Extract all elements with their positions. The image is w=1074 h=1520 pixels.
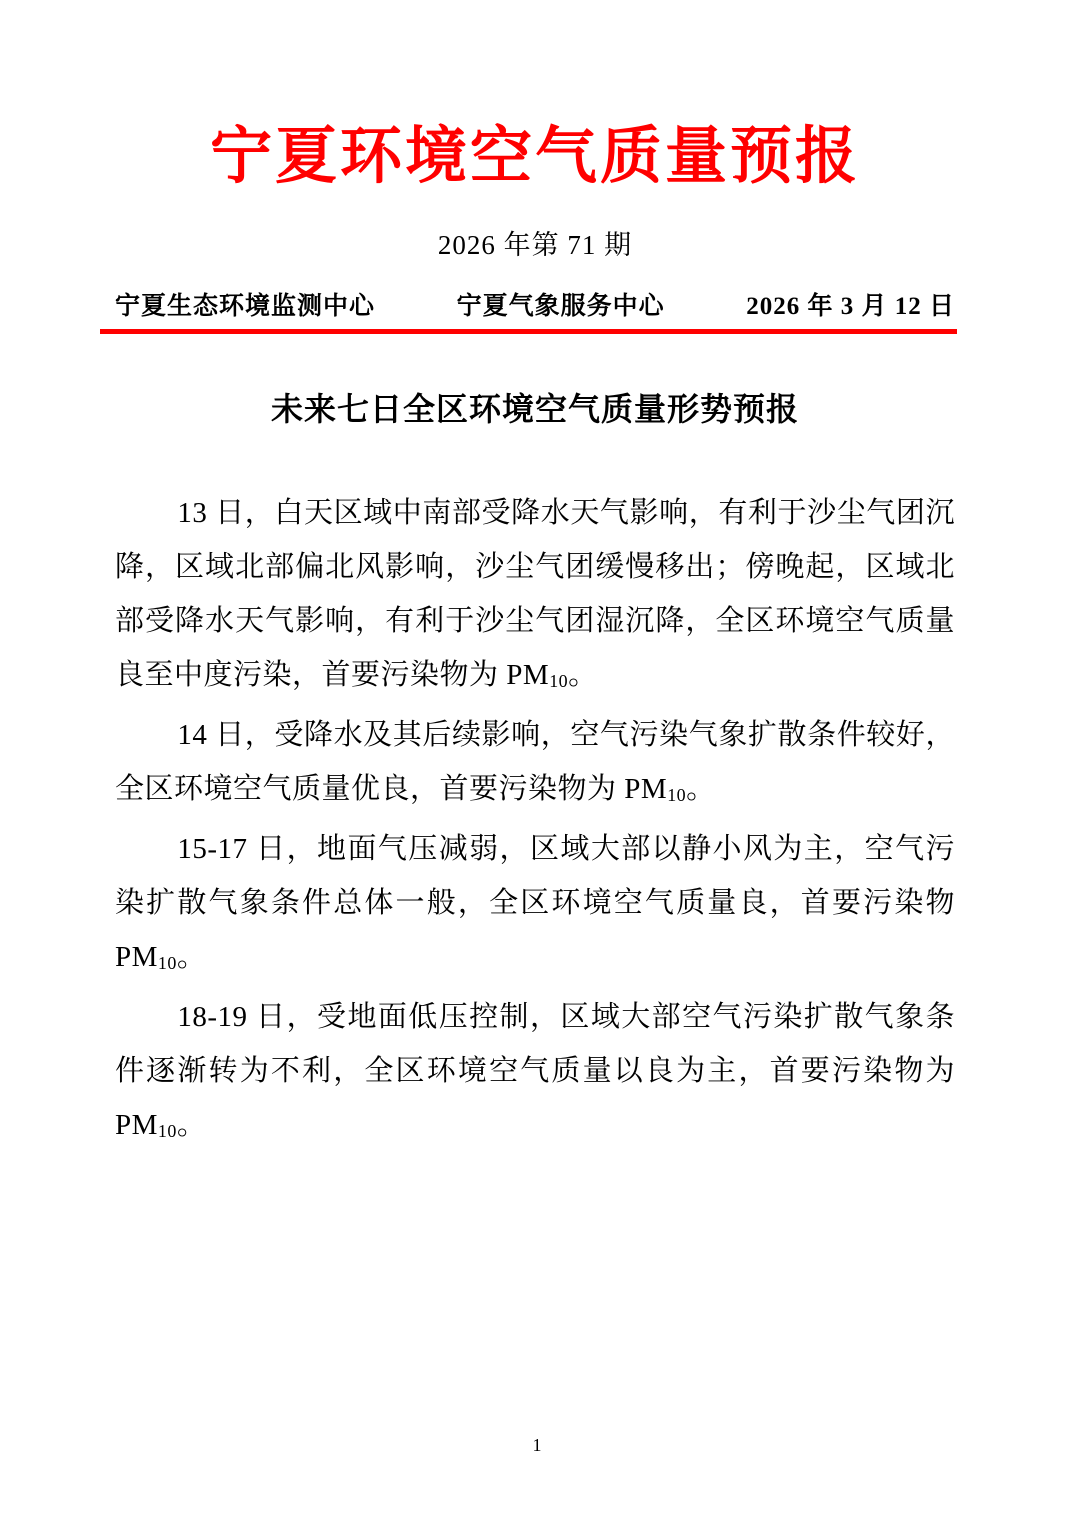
issue-date: 2026 年 3 月 12 日 [746,286,955,322]
pollutant-pm-subscript: 10 [549,672,568,692]
document-page: 宁夏环境空气质量预报 2026 年第 71 期 宁夏生态环境监测中心 宁夏气象服… [0,0,1074,1520]
red-divider [100,329,957,334]
paragraph-day15-17: 15-17 日，地面气压减弱，区域大部以静小风为主，空气污染扩散气象条件总体一般… [115,822,955,984]
paragraph-day14: 14 日，受降水及其后续影响，空气污染气象扩散条件较好，全区环境空气质量优良，首… [115,708,955,816]
forecast-body: 13 日，白天区域中南部受降水天气影响，有利于沙尘气团沉降，区域北部偏北风影响，… [115,486,955,1152]
header-row: 宁夏生态环境监测中心 宁夏气象服务中心 2026 年 3 月 12 日 [115,286,955,322]
paragraph-end: 。 [568,659,598,691]
pollutant-pm: PM [115,941,158,973]
paragraph-end: 。 [686,773,716,805]
paragraph-end: 。 [177,941,207,973]
pollutant-pm-subscript: 10 [158,954,177,974]
paragraph-day13: 13 日，白天区域中南部受降水天气影响，有利于沙尘气团沉降，区域北部偏北风影响，… [115,486,955,702]
page-number: 1 [0,1435,1074,1456]
paragraph-text: 18-19 日，受地面低压控制，区域大部空气污染扩散气象条件逐渐转为不利，全区环… [115,1001,955,1087]
org-weather-service-center: 宁夏气象服务中心 [457,286,665,322]
paragraph-text: 14 日，受降水及其后续影响，空气污染气象扩散条件较好，全区环境空气质量优良，首… [115,719,955,805]
paragraph-end: 。 [177,1109,207,1141]
pollutant-pm-subscript: 10 [667,786,686,806]
pollutant-pm: PM [115,1109,158,1141]
pollutant-pm: PM [624,773,667,805]
paragraph-text: 15-17 日，地面气压减弱，区域大部以静小风为主，空气污染扩散气象条件总体一般… [115,833,955,919]
pollutant-pm-subscript: 10 [158,1122,177,1142]
pollutant-pm: PM [506,659,549,691]
issue-number: 2026 年第 71 期 [115,223,955,262]
section-title: 未来七日全区环境空气质量形势预报 [115,384,955,430]
document-title: 宁夏环境空气质量预报 [115,122,955,193]
paragraph-day18-19: 18-19 日，受地面低压控制，区域大部空气污染扩散气象条件逐渐转为不利，全区环… [115,990,955,1152]
org-monitoring-center: 宁夏生态环境监测中心 [115,286,375,322]
